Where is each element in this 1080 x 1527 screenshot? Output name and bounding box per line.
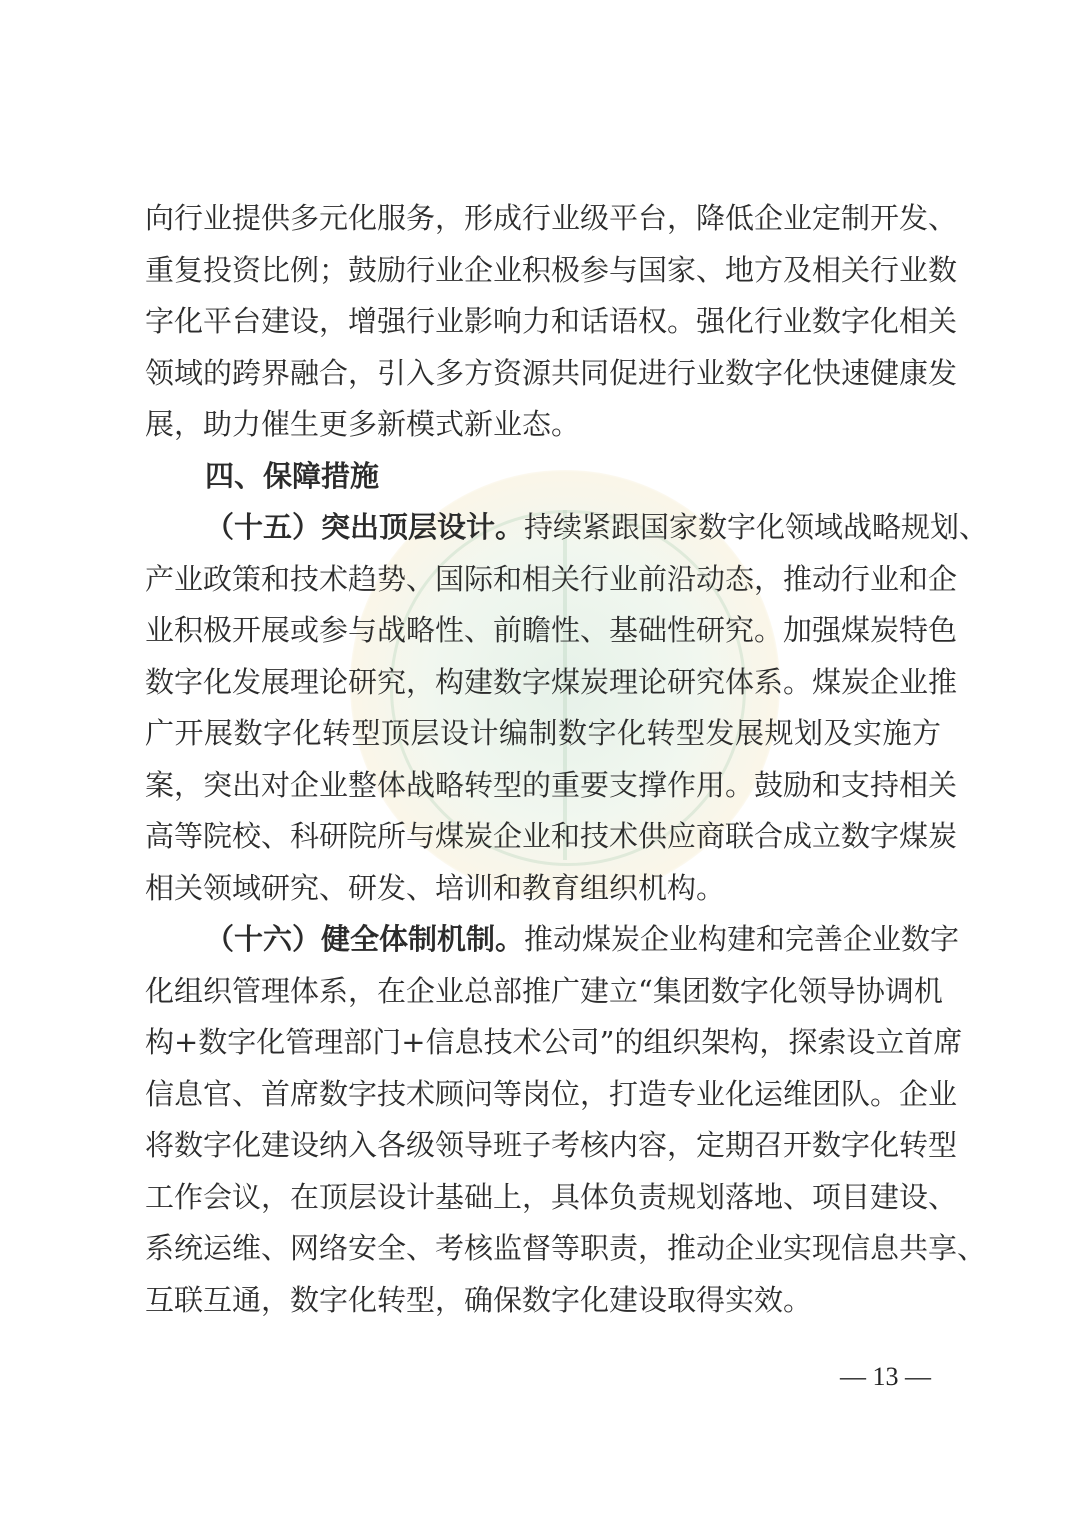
text-line: 信息官、首席数字技术顾问等岗位，打造专业化运维团队。企业: [145, 1074, 941, 1114]
text-line: 数字化发展理论研究，构建数字煤炭理论研究体系。煤炭企业推: [145, 662, 941, 702]
text-line: 高等院校、科研院所与煤炭企业和技术供应商联合成立数字煤炭: [145, 816, 941, 856]
page-number: — 13 —: [840, 1362, 931, 1392]
text-line: 系统运维、网络安全、考核监督等职责，推动企业实现信息共享、: [145, 1228, 941, 1268]
text-line: 将数字化建设纳入各级领导班子考核内容，定期召开数字化转型: [145, 1125, 941, 1165]
text-line: 产业政策和技术趋势、国际和相关行业前沿动态，推动行业和企: [145, 559, 941, 599]
item-15-first-line-text: 持续紧跟国家数字化领域战略规划、: [524, 510, 988, 544]
text-line: 业积极开展或参与战略性、前瞻性、基础性研究。加强煤炭特色: [145, 610, 941, 650]
text-line: 重复投资比例；鼓励行业企业积极参与国家、地方及相关行业数: [145, 250, 941, 290]
text-line: 互联互通，数字化转型，确保数字化建设取得实效。: [145, 1280, 941, 1320]
section-heading: 四、保障措施: [145, 456, 941, 496]
text-line: 案，突出对企业整体战略转型的重要支撑作用。鼓励和支持相关: [145, 765, 941, 805]
text-line: 相关领域研究、研发、培训和教育组织机构。: [145, 868, 941, 908]
item-16-label: （十六）健全体制机制。: [205, 922, 524, 956]
item-15-first-line: （十五）突出顶层设计。持续紧跟国家数字化领域战略规划、: [145, 507, 941, 547]
item-15-label: （十五）突出顶层设计。: [205, 510, 524, 544]
text-line: 向行业提供多元化服务，形成行业级平台，降低企业定制开发、: [145, 198, 941, 238]
item-16-first-line: （十六）健全体制机制。推动煤炭企业构建和完善企业数字: [145, 919, 941, 959]
text-line: 构+数字化管理部门+信息技术公司”的组织架构，探索设立首席: [145, 1022, 941, 1062]
text-line: 化组织管理体系，在企业总部推广建立“集团数字化领导协调机: [145, 971, 941, 1011]
item-16-first-line-text: 推动煤炭企业构建和完善企业数字: [524, 922, 959, 956]
text-line: 字化平台建设，增强行业影响力和话语权。强化行业数字化相关: [145, 301, 941, 341]
text-line: 广开展数字化转型顶层设计编制数字化转型发展规划及实施方: [145, 713, 941, 753]
text-line: 展，助力催生更多新模式新业态。: [145, 404, 941, 444]
text-line: 工作会议，在顶层设计基础上，具体负责规划落地、项目建设、: [145, 1177, 941, 1217]
text-line: 领域的跨界融合，引入多方资源共同促进行业数字化快速健康发: [145, 353, 941, 393]
